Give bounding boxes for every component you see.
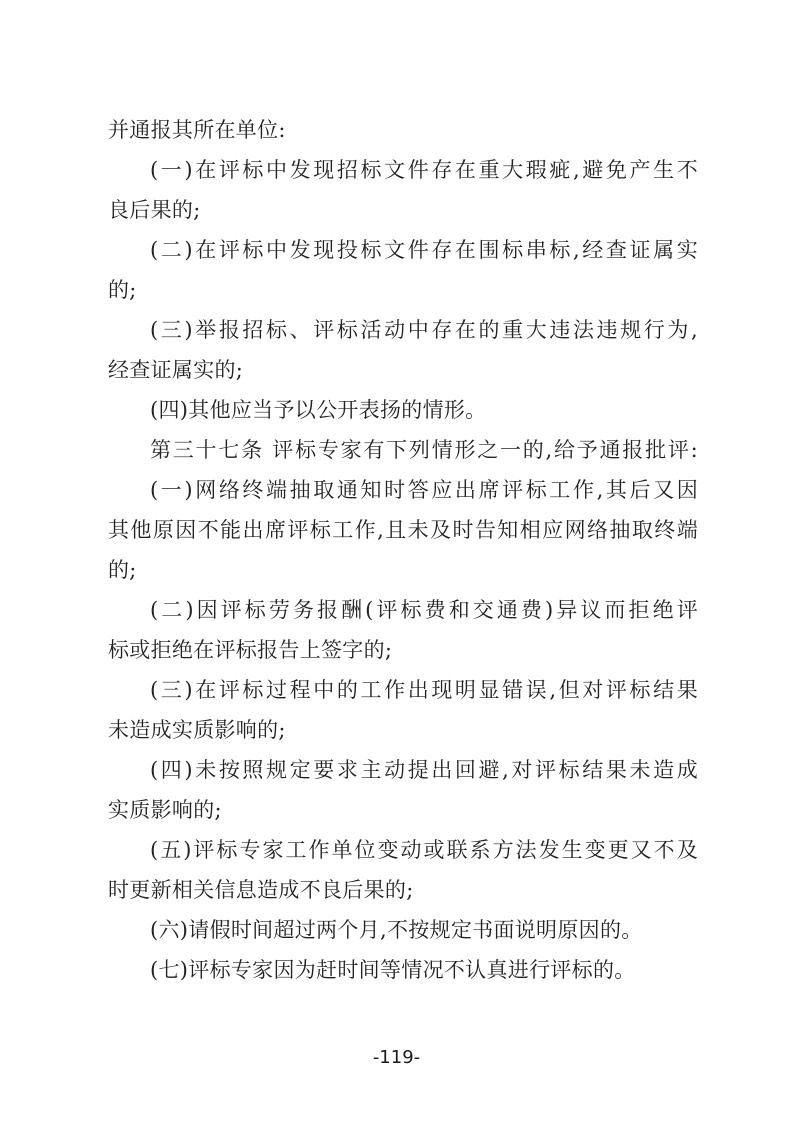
text-line: (六)请假时间超过两个月,不按规定书面说明原因的。: [108, 910, 698, 950]
text-line: 良后果的;: [108, 190, 698, 230]
text-line: 第三十七条 评标专家有下列情形之一的,给予通报批评:: [108, 430, 698, 470]
text-line: (四)其他应当予以公开表扬的情形。: [108, 390, 698, 430]
text-line: 的;: [108, 550, 698, 590]
text-line: 未造成实质影响的;: [108, 710, 698, 750]
text-line: (四)未按照规定要求主动提出回避,对评标结果未造成: [108, 750, 698, 790]
text-line: 其他原因不能出席评标工作,且未及时告知相应网络抽取终端: [108, 510, 698, 550]
text-line: (一)网络终端抽取通知时答应出席评标工作,其后又因: [108, 470, 698, 510]
document-text-block: 并通报其所在单位: (一)在评标中发现招标文件存在重大瑕疵,避免产生不 良后果的…: [108, 110, 698, 990]
text-line: (三)举报招标、评标活动中存在的重大违法违规行为,: [108, 310, 698, 350]
text-line: 的;: [108, 270, 698, 310]
text-line: 实质影响的;: [108, 790, 698, 830]
text-line: (七)评标专家因为赶时间等情况不认真进行评标的。: [108, 950, 698, 990]
text-line: (一)在评标中发现招标文件存在重大瑕疵,避免产生不: [108, 150, 698, 190]
text-line: 经查证属实的;: [108, 350, 698, 390]
text-line: (三)在评标过程中的工作出现明显错误,但对评标结果: [108, 670, 698, 710]
text-line: 标或拒绝在评标报告上签字的;: [108, 630, 698, 670]
text-line: (五)评标专家工作单位变动或联系方法发生变更又不及: [108, 830, 698, 870]
text-line: 并通报其所在单位:: [108, 110, 698, 150]
text-line: 时更新相关信息造成不良后果的;: [108, 870, 698, 910]
text-line: (二)在评标中发现投标文件存在围标串标,经查证属实: [108, 230, 698, 270]
page-number: -119-: [0, 1046, 793, 1070]
text-line: (二)因评标劳务报酬(评标费和交通费)异议而拒绝评: [108, 590, 698, 630]
document-page: 并通报其所在单位: (一)在评标中发现招标文件存在重大瑕疵,避免产生不 良后果的…: [0, 0, 793, 1122]
